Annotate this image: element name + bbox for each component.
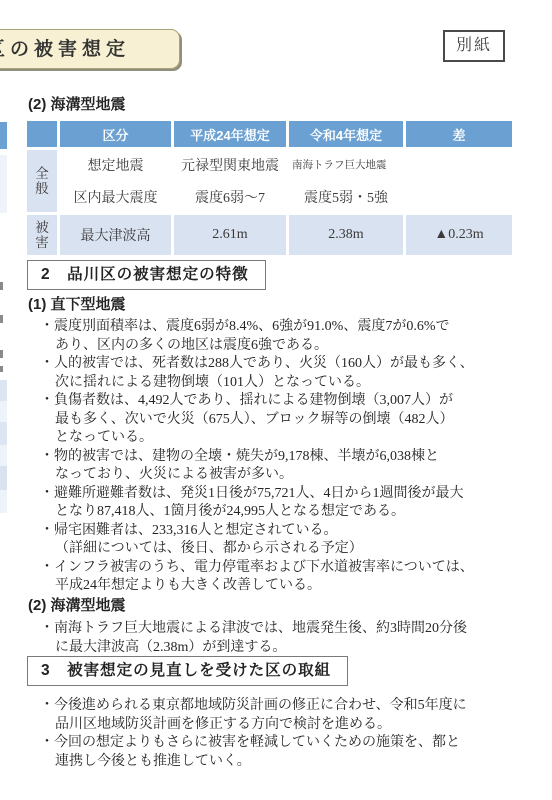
- inland-earthquake-heading: (1) 直下型地震: [28, 293, 126, 314]
- row-group-label-general: 全 般: [27, 150, 57, 212]
- left-edge-banded-row-fragment: [0, 445, 7, 466]
- page: 区の被害想定 別紙 (2) 海溝型地震 区分 平成24年想定 令和4年想定 差 …: [0, 0, 552, 800]
- bullet-item: ・インフラ被害のうち、電力停電率および下水道被害率については、 平成24年想定よ…: [40, 559, 542, 596]
- table-cell: 想定地震: [60, 150, 171, 179]
- left-edge-banded-row-fragment: [0, 380, 7, 401]
- row-group-label-damage: 被 害: [27, 215, 57, 255]
- left-edge-banded-row-fragment: [0, 490, 7, 513]
- bullet-item: ・避難所避難者数は、発災1日後が75,721人、4日から1週間後が最大 となり8…: [40, 485, 542, 522]
- left-edge-table-header-fragment: [0, 122, 7, 149]
- table-cell-empty: [406, 182, 512, 212]
- bullet-note: （詳細については、後日、都から示される予定）: [40, 540, 542, 559]
- table-header-corner: [27, 121, 57, 147]
- table-cell-diff: ▲0.23m: [406, 215, 512, 255]
- left-edge-table-cell-fragment: [0, 155, 7, 213]
- table-cell: 震度6弱～7: [174, 182, 286, 212]
- marine-earthquake-heading: (2) 海溝型地震: [28, 93, 126, 114]
- left-edge-text-fragment: [0, 366, 3, 372]
- bullet-item: ・南海トラフ巨大地震による津波では、地震発生後、約3時間20分後 に最大津波高（…: [40, 620, 542, 657]
- table-cell: 元禄型関東地震: [174, 150, 286, 179]
- section-3-title-box: 3 被害想定の見直しを受けた区の取組: [27, 656, 348, 686]
- bullet-item: ・人的被害では、死者数は288人であり、火災（160人）が最も多く、 次に揺れに…: [40, 355, 542, 392]
- table-cell: 区内最大震度: [60, 182, 171, 212]
- left-edge-banded-row-fragment: [0, 401, 7, 422]
- bullet-item: ・負傷者数は、4,492人であり、揺れによる建物倒壊（3,007人）が 最も多く…: [40, 392, 542, 448]
- inland-bullet-list: ・震度別面積率は、震度6弱が8.4%、6強が91.0%、震度7が0.6%で あり…: [40, 318, 542, 596]
- table-cell: 2.61m: [174, 215, 286, 255]
- bullet-item: ・帰宅困難者は、233,316人と想定されている。: [40, 522, 542, 541]
- attachment-label-box: 別紙: [443, 30, 505, 62]
- section-2-title-box: 2 品川区の被害想定の特徴: [27, 260, 266, 290]
- bullet-item: ・今回の想定よりもさらに被害を軽減していくための施策を、都と 連携し今後とも推進…: [40, 734, 542, 771]
- left-edge-text-fragment: [0, 282, 3, 290]
- attachment-label: 別紙: [456, 37, 492, 54]
- table-header-h24: 平成24年想定: [174, 121, 286, 147]
- table-header-category: 区分: [60, 121, 171, 147]
- table-header-diff: 差: [406, 121, 512, 147]
- trench-bullet-list: ・南海トラフ巨大地震による津波では、地震発生後、約3時間20分後 に最大津波高（…: [40, 620, 542, 657]
- bullet-item: ・震度別面積率は、震度6弱が8.4%、6強が91.0%、震度7が0.6%で あり…: [40, 318, 542, 355]
- table-cell-empty: [406, 150, 512, 179]
- left-edge-banded-row-fragment: [0, 466, 7, 490]
- left-edge-text-fragment: [0, 350, 3, 358]
- initiatives-bullet-list: ・今後進められる東京都地域防災計画の修正に合わせ、令和5年度に 品川区地域防災計…: [40, 697, 542, 771]
- comparison-table: 区分 平成24年想定 令和4年想定 差 全 般 想定地震 元禄型関東地震 南海ト…: [27, 121, 512, 255]
- table-cell: 2.38m: [289, 215, 403, 255]
- page-title-text: 区の被害想定: [0, 39, 130, 60]
- bullet-item: ・物的被害では、建物の全壊・焼失が9,178棟、半壊が6,038棟と なっており…: [40, 448, 542, 485]
- table-cell: 震度5弱・5強: [289, 182, 403, 212]
- bullet-item: ・今後進められる東京都地域防災計画の修正に合わせ、令和5年度に 品川区地域防災計…: [40, 697, 542, 734]
- table-cell: 最大津波高: [60, 215, 171, 255]
- page-title-tab: 区の被害想定: [0, 29, 180, 69]
- table-cell: 南海トラフ巨大地震: [289, 150, 403, 179]
- left-edge-banded-row-fragment: [0, 422, 7, 445]
- table-header-r4: 令和4年想定: [289, 121, 403, 147]
- left-edge-text-fragment: [0, 315, 3, 323]
- trench-earthquake-heading: (2) 海溝型地震: [28, 594, 126, 615]
